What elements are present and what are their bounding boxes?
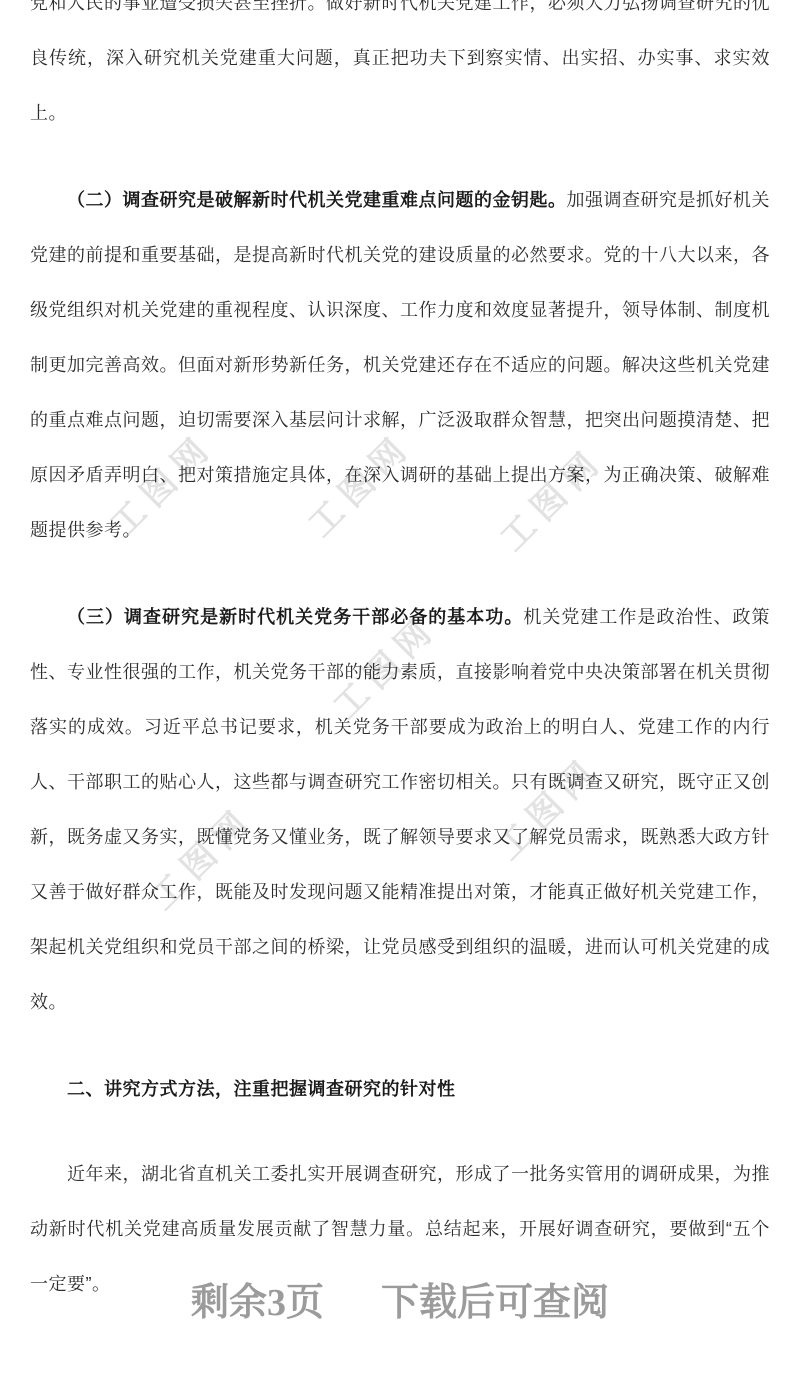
paragraph: 党和人民的事业遭受损失甚至挫折。做好新时代机关党建工作，必须大力弘扬调查研究的优… (30, 0, 770, 141)
paragraph-bold-lead: （二）调查研究是破解新时代机关党建重难点问题的金钥匙。 (67, 190, 567, 210)
remaining-pages-label: 剩余3页 (191, 1282, 324, 1324)
download-hint-label: 下载后可查阅 (381, 1282, 609, 1324)
paragraph-bold-lead: （三）调查研究是新时代机关党务干部必备的基本功。 (67, 607, 523, 627)
paragraph-text: 近年来，湖北省直机关工委扎实开展调查研究，形成了一批务实管用的调研成果，为推动新… (30, 1164, 770, 1294)
paragraph-bold-lead: 二、讲究方式方法，注重把握调查研究的针对性 (67, 1079, 456, 1099)
paragraph: （二）调查研究是破解新时代机关党建重难点问题的金钥匙。加强调查研究是抓好机关党建… (30, 173, 770, 558)
paragraph-text: 党和人民的事业遭受损失甚至挫折。做好新时代机关党建工作，必须大力弘扬调查研究的优… (30, 0, 770, 123)
section-heading: 二、讲究方式方法，注重把握调查研究的针对性 (30, 1062, 770, 1117)
document-content: 党和人民的事业遭受损失甚至挫折。做好新时代机关党建工作，必须大力弘扬调查研究的优… (30, 0, 770, 1344)
document-preview-page: 工图网工图网工图网工图网工图网工图网 党和人民的事业遭受损失甚至挫折。做好新时代… (0, 0, 800, 1385)
paragraph: （三）调查研究是新时代机关党务干部必备的基本功。机关党建工作是政治性、政策性、专… (30, 590, 770, 1030)
preview-footer: 剩余3页下载后可查阅 (0, 1283, 800, 1323)
paragraph-text: 加强调查研究是抓好机关党建的前提和重要基础，是提高新时代机关党的建设质量的必然要… (30, 190, 770, 540)
paragraph-text: 机关党建工作是政治性、政策性、专业性很强的工作，机关党务干部的能力素质，直接影响… (30, 607, 770, 1012)
